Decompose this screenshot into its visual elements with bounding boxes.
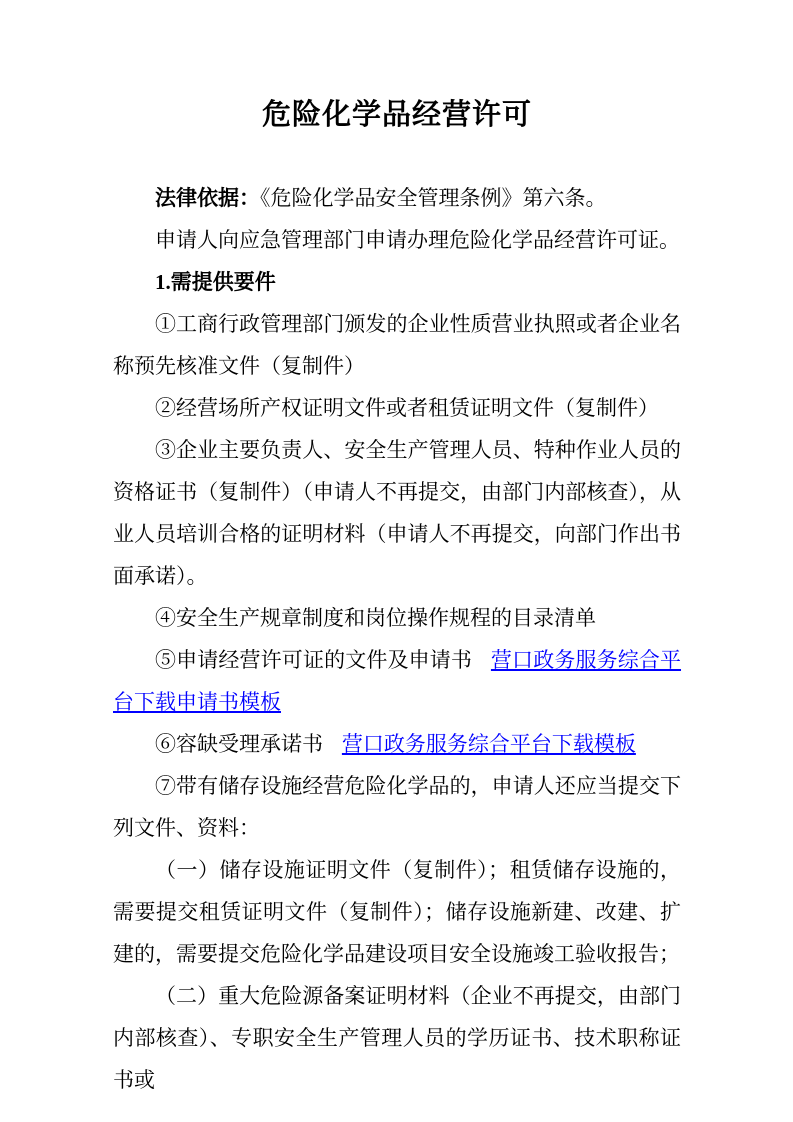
- requirement-item-5: ⑤申请经营许可证的文件及申请书营口政务服务综合平台下载申请书模板: [113, 639, 681, 723]
- legal-basis-text: 《危险化学品安全管理条例》第六条。: [260, 186, 607, 210]
- sub-item-2-major-hazard: （二）重大危险源备案证明材料（企业不再提交，由部门内部核查）、专职安全生产管理人…: [113, 975, 681, 1101]
- legal-basis-label: 法律依据：: [155, 186, 260, 210]
- requirement-item-1: ①工商行政管理部门颁发的企业性质营业执照或者企业名称预先核准文件（复制件）: [113, 303, 681, 387]
- link-download-commitment-template[interactable]: 营口政务服务综合平台下载模板: [342, 732, 636, 756]
- requirement-item-6: ⑥容缺受理承诺书营口政务服务综合平台下载模板: [113, 723, 681, 765]
- requirement-item-2: ②经营场所产权证明文件或者租赁证明文件（复制件）: [113, 387, 681, 429]
- document-title: 危险化学品经营许可: [113, 93, 681, 137]
- requirement-item-7: ⑦带有储存设施经营危险化学品的，申请人还应当提交下列文件、资料：: [113, 765, 681, 849]
- paragraph-legal-basis: 法律依据：《危险化学品安全管理条例》第六条。: [113, 177, 681, 219]
- requirement-item-4: ④安全生产规章制度和岗位操作规程的目录清单: [113, 597, 681, 639]
- requirement-item-3: ③企业主要负责人、安全生产管理人员、特种作业人员的资格证书（复制件）（申请人不再…: [113, 429, 681, 597]
- sub-item-1-storage-facility: （一）储存设施证明文件（复制件）；租赁储存设施的，需要提交租赁证明文件（复制件）…: [113, 849, 681, 975]
- paragraph-intro: 申请人向应急管理部门申请办理危险化学品经营许可证。: [113, 219, 681, 261]
- section-heading-requirements: 1.需提供要件: [113, 261, 681, 303]
- requirement-item-5-text: ⑤申请经营许可证的文件及申请书: [155, 648, 472, 672]
- requirement-item-6-text: ⑥容缺受理承诺书: [155, 732, 323, 756]
- document-page: 危险化学品经营许可 法律依据：《危险化学品安全管理条例》第六条。 申请人向应急管…: [0, 0, 793, 1122]
